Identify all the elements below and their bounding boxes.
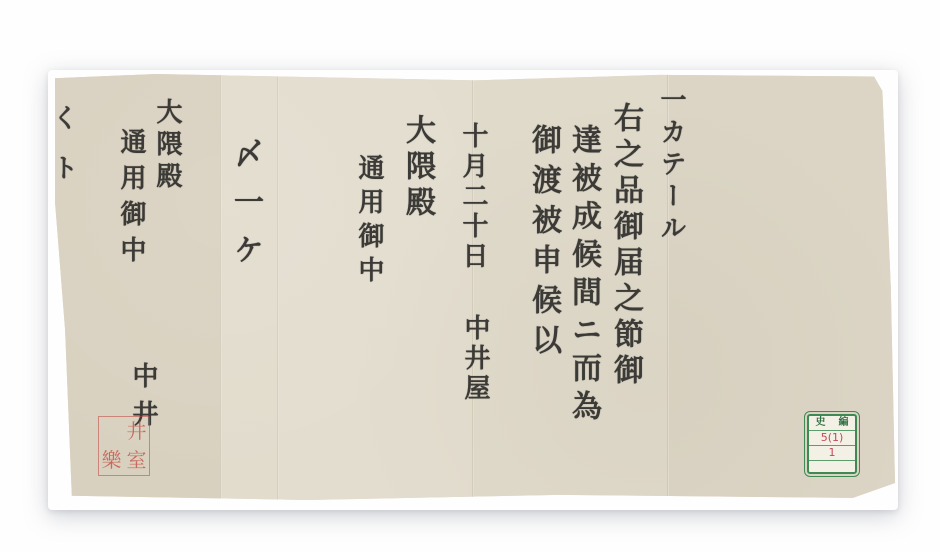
seal-char: 井 [124, 417, 149, 446]
seal-char: 室 [124, 446, 149, 475]
seal-char [99, 417, 124, 446]
addressee-name-2: 大隈殿 [149, 98, 186, 194]
body-column-2: 達被成候間ニ而為 [561, 124, 605, 428]
heading-column: 一カテール [653, 86, 690, 246]
photo-stage: 一カテール 右之品御届之節御 達被成候間ニ而為 御渡被申候以 十月二十日 中井屋… [0, 0, 940, 552]
label-char: 史 [816, 416, 826, 430]
edge-fragment-column: くト [55, 104, 82, 204]
red-seal-stamp: 井 樂 室 [98, 416, 150, 476]
addressee-title: 通用御中 [351, 154, 388, 290]
label-char: 編 [839, 416, 849, 430]
body-column-1: 右之品御届之節御 [603, 102, 647, 390]
addressee-title-2: 通用御中 [113, 128, 150, 272]
archive-label-blank-row [809, 461, 855, 475]
archive-label-header: 史 編 [809, 416, 855, 431]
body-column-3: 御渡被申候以 [521, 124, 565, 364]
archive-label-number: 5(1) [809, 431, 855, 446]
document-paper: 一カテール 右之品御届之節御 達被成候間ニ而為 御渡被申候以 十月二十日 中井屋… [55, 74, 895, 500]
date-column: 十月二十日 [455, 122, 492, 272]
item-count-column: 〆一ケ [223, 138, 267, 282]
archive-label: 史 編 5(1) 1 [807, 414, 857, 474]
seal-char: 樂 [99, 446, 124, 475]
addressee-name: 大隈殿 [395, 114, 439, 222]
sender-column: 中井屋 [457, 314, 494, 404]
archive-label-sub-number: 1 [809, 446, 855, 461]
